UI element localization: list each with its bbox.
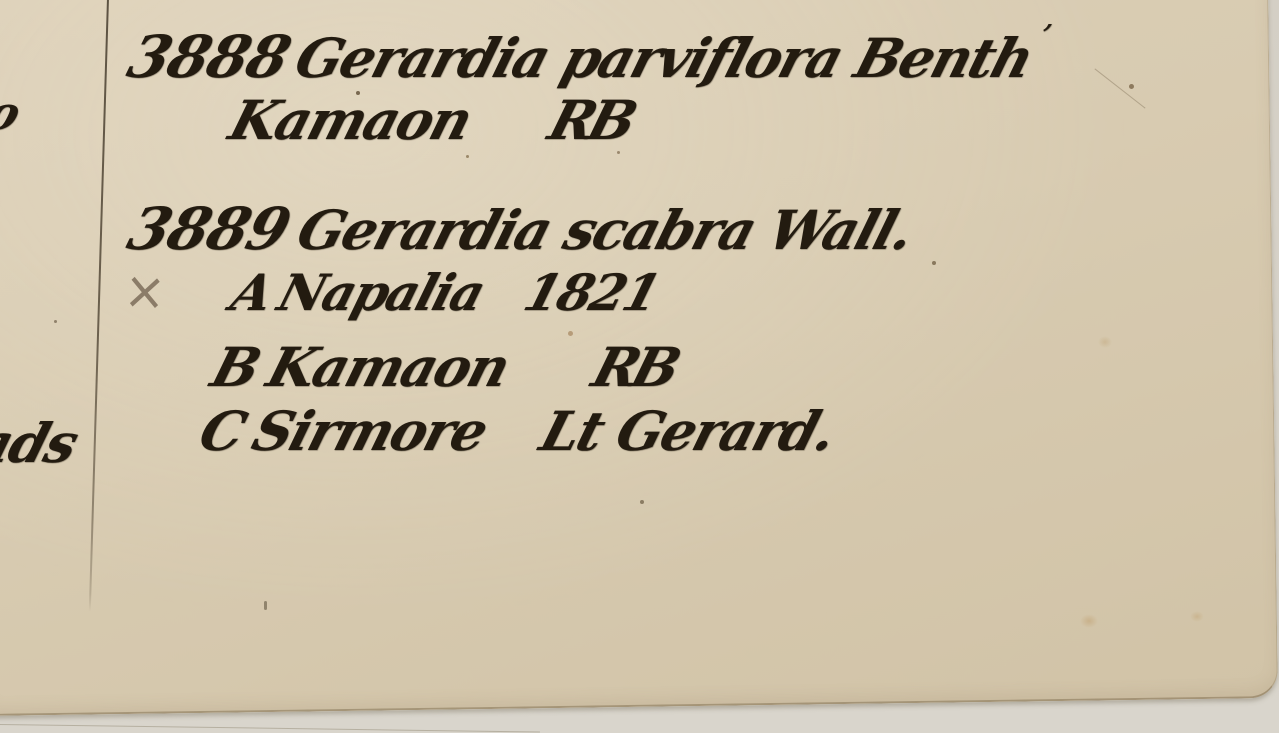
collector-name: Lt Gerard. [533,399,842,463]
foxing-speck [617,151,620,154]
entry-3889-locality-c-line: CSirmoreLt Gerard. [194,404,841,458]
foxing-speck [932,261,936,265]
entry-number: 3888 [121,23,298,91]
foxing-speck [466,155,469,158]
entry-3888-title-line: 3888Gerardia parviflora Benth’ [122,22,1052,86]
locality-place: Kamaon [260,335,516,399]
foxing-speck [1129,84,1134,89]
handwriting-fragment-top-left: o [0,90,24,136]
entry-number: 3889 [121,195,298,263]
entry-3888-locality-line: KamaonRB [224,93,637,147]
entry-3889-locality-a-line: ANapalia1821 [226,268,664,318]
page-content: o ads 3888Gerardia parviflora Benth’ Kam… [0,0,1279,733]
rule-line-end-tick [264,601,267,610]
scanned-manuscript-photo: o ads 3888Gerardia parviflora Benth’ Kam… [0,0,1279,733]
locality-place: Napalia [272,263,491,322]
foxing-speck [54,320,57,323]
foxing-speck [568,331,573,336]
ruled-margin-line [89,0,109,612]
foxing-stain [1098,336,1112,348]
collector-initials: RB [586,335,683,399]
entry-3889-title-line: 3889Gerardia scabra Wall. [122,200,920,258]
locality-place: Sirmore [246,399,494,463]
species-name: Gerardia scabra Wall. [290,198,920,262]
entry-3889-locality-b-line: BKamaonRB [206,340,681,394]
locality-prefix: B [205,335,267,399]
locality-prefix: C [193,399,252,463]
collector-initials: RB [542,88,639,152]
species-name: Gerardia parviflora Benth [288,26,1039,90]
locality-prefix: A [225,263,279,322]
margin-x-mark: × [122,259,168,323]
locality-place: Kamaon [223,88,479,152]
handwriting-fragment-bottom-left: ads [0,416,83,470]
foxing-speck [640,500,644,504]
locality-year: 1821 [518,263,666,322]
foxing-stain [1190,611,1204,622]
name-annotation-mark: ’ [1037,20,1053,50]
foxing-stain [1080,614,1098,628]
foxing-speck [356,91,360,95]
paper-scratch [1094,68,1145,108]
